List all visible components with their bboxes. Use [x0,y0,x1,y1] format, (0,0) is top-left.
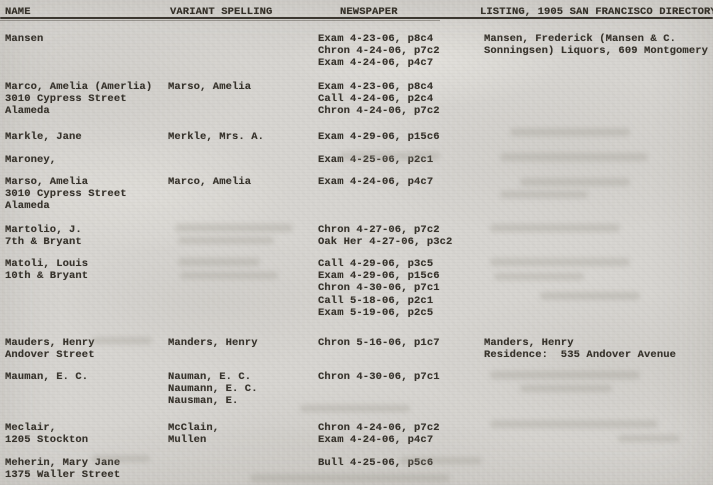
entry-name-column: Martolio, J.7th & Bryant [5,224,82,248]
bleed-through-smudge [490,224,620,232]
bleed-through-smudge [510,128,630,136]
variant-line: Marco, Amelia [168,176,251,188]
name-line: Martolio, J. [5,224,82,236]
newspaper-line: Exam 4-24-06, p4c7 [318,434,440,446]
newspaper-line: Oak Her 4-27-06, p3c2 [318,236,452,248]
name-line: 7th & Bryant [5,236,82,248]
newspaper-line: Exam 5-19-06, p2c5 [318,307,440,319]
newspaper-line: Exam 4-23-06, p8c4 [318,33,440,45]
bleed-through-smudge [175,224,293,232]
variant-line: Manders, Henry [168,337,258,349]
bleed-through-smudge [490,420,658,428]
entry-name-column: Marso, Amelia3010 Cypress StreetAlameda [5,176,127,213]
newspaper-line: Chron 4-24-06, p7c2 [318,422,440,434]
name-line: Meclair, [5,422,88,434]
header-rule [0,17,713,19]
entry-name-column: Marco, Amelia (Amerlia)3010 Cypress Stre… [5,81,152,118]
newspaper-line: Exam 4-29-06, p15c6 [318,270,440,282]
newspaper-line: Exam 4-29-06, p15c6 [318,131,440,143]
entry-variant-column: Nauman, E. C.Naumann, E. C.Nausman, E. [168,371,258,408]
header-rule-echo [0,20,440,21]
variant-line: Merkle, Mrs. A. [168,131,264,143]
entry-variant-column: Marso, Amelia [168,81,251,93]
newspaper-line: Call 4-24-06, p2c4 [318,93,440,105]
entry-newspaper-column: Exam 4-29-06, p15c6 [318,131,440,143]
entry-newspaper-column: Chron 4-24-06, p7c2Exam 4-24-06, p4c7 [318,422,440,446]
newspaper-line: Exam 4-25-06, p2c1 [318,154,433,166]
name-line: Mauders, Henry [5,337,95,349]
variant-line: Nausman, E. [168,395,258,407]
entry-variant-column: Marco, Amelia [168,176,251,188]
bleed-through-smudge [520,178,630,186]
entry-name-column: Matoli, Louis10th & Bryant [5,258,88,282]
bleed-through-smudge [618,435,680,442]
newspaper-line: Bull 4-25-06, p5c6 [318,457,433,469]
entry-newspaper-column: Chron 4-30-06, p7c1 [318,371,440,383]
newspaper-line: Call 4-29-06, p3c5 [318,258,440,270]
variant-line: Mullen [168,434,219,446]
name-line: Alameda [5,200,127,212]
name-line: Mansen [5,33,43,45]
newspaper-line: Exam 4-24-06, p4c7 [318,176,433,188]
entry-newspaper-column: Exam 4-24-06, p4c7 [318,176,433,188]
scanned-directory-page: NAME VARIANT SPELLING NEWSPAPER LISTING,… [0,0,713,485]
entry-newspaper-column: Exam 4-23-06, p8c4Chron 4-24-06, p7c2Exa… [318,33,440,70]
name-line: Marco, Amelia (Amerlia) [5,81,152,93]
name-line: Meherin, Mary Jane [5,457,120,469]
name-line: Maroney, [5,154,56,166]
entry-variant-column: Merkle, Mrs. A. [168,131,264,143]
listing-line: Residence: 535 Andover Avenue [484,349,676,361]
newspaper-line: Exam 4-24-06, p4c7 [318,57,440,69]
name-line: 1375 Waller Street [5,469,120,481]
entry-name-column: Mansen [5,33,43,45]
name-line: Andover Street [5,349,95,361]
name-line: 10th & Bryant [5,270,88,282]
entry-name-column: Markle, Jane [5,131,82,143]
name-line: Alameda [5,105,152,117]
bleed-through-smudge [500,153,648,161]
bleed-through-smudge [490,258,630,266]
bleed-through-smudge [490,371,640,379]
entry-newspaper-column: Exam 4-23-06, p8c4Call 4-24-06, p2c4Chro… [318,81,440,118]
bleed-through-smudge [300,405,410,412]
variant-line: McClain, [168,422,219,434]
entry-name-column: Maroney, [5,154,56,166]
listing-line: Mansen, Frederick (Mansen & C. [484,33,708,45]
entry-name-column: Meclair,1205 Stockton [5,422,88,446]
bleed-through-smudge [92,337,152,344]
entry-listing-column: Manders, HenryResidence: 535 Andover Ave… [484,337,676,361]
entry-name-column: Mauders, HenryAndover Street [5,337,95,361]
entry-variant-column: McClain,Mullen [168,422,219,446]
name-line: Marso, Amelia [5,176,127,188]
entry-listing-column: Mansen, Frederick (Mansen & C.Sonningsen… [484,33,708,57]
name-line: 3010 Cypress Street [5,93,152,105]
variant-line: Marso, Amelia [168,81,251,93]
bleed-through-smudge [178,258,260,266]
bleed-through-smudge [180,272,278,279]
name-line: Matoli, Louis [5,258,88,270]
bleed-through-smudge [540,292,640,300]
bleed-through-smudge [500,191,588,198]
listing-line: Manders, Henry [484,337,676,349]
bleed-through-smudge [178,237,274,244]
entry-newspaper-column: Chron 4-27-06, p7c2Oak Her 4-27-06, p3c2 [318,224,452,248]
variant-line: Naumann, E. C. [168,383,258,395]
name-line: Markle, Jane [5,131,82,143]
newspaper-line: Call 5-18-06, p2c1 [318,295,440,307]
name-line: Mauman, E. C. [5,371,88,383]
newspaper-line: Exam 4-23-06, p8c4 [318,81,440,93]
newspaper-line: Chron 4-24-06, p7c2 [318,45,440,57]
newspaper-line: Chron 4-27-06, p7c2 [318,224,452,236]
listing-line: Sonningsen) Liquors, 609 Montgomery [484,45,708,57]
newspaper-line: Chron 5-16-06, p1c7 [318,337,440,349]
newspaper-line: Chron 4-30-06, p7c1 [318,371,440,383]
bleed-through-smudge [520,385,612,392]
entry-newspaper-column: Chron 5-16-06, p1c7 [318,337,440,349]
bleed-through-smudge [494,273,584,280]
entry-variant-column: Manders, Henry [168,337,258,349]
variant-line: Nauman, E. C. [168,371,258,383]
newspaper-line: Chron 4-24-06, p7c2 [318,105,440,117]
entry-newspaper-column: Exam 4-25-06, p2c1 [318,154,433,166]
entry-newspaper-column: Bull 4-25-06, p5c6 [318,457,433,469]
entry-newspaper-column: Call 4-29-06, p3c5Exam 4-29-06, p15c6Chr… [318,258,440,319]
entry-name-column: Mauman, E. C. [5,371,88,383]
name-line: 3010 Cypress Street [5,188,127,200]
name-line: 1205 Stockton [5,434,88,446]
bleed-through-smudge [250,474,450,482]
newspaper-line: Chron 4-30-06, p7c1 [318,282,440,294]
entry-name-column: Meherin, Mary Jane1375 Waller Street [5,457,120,481]
